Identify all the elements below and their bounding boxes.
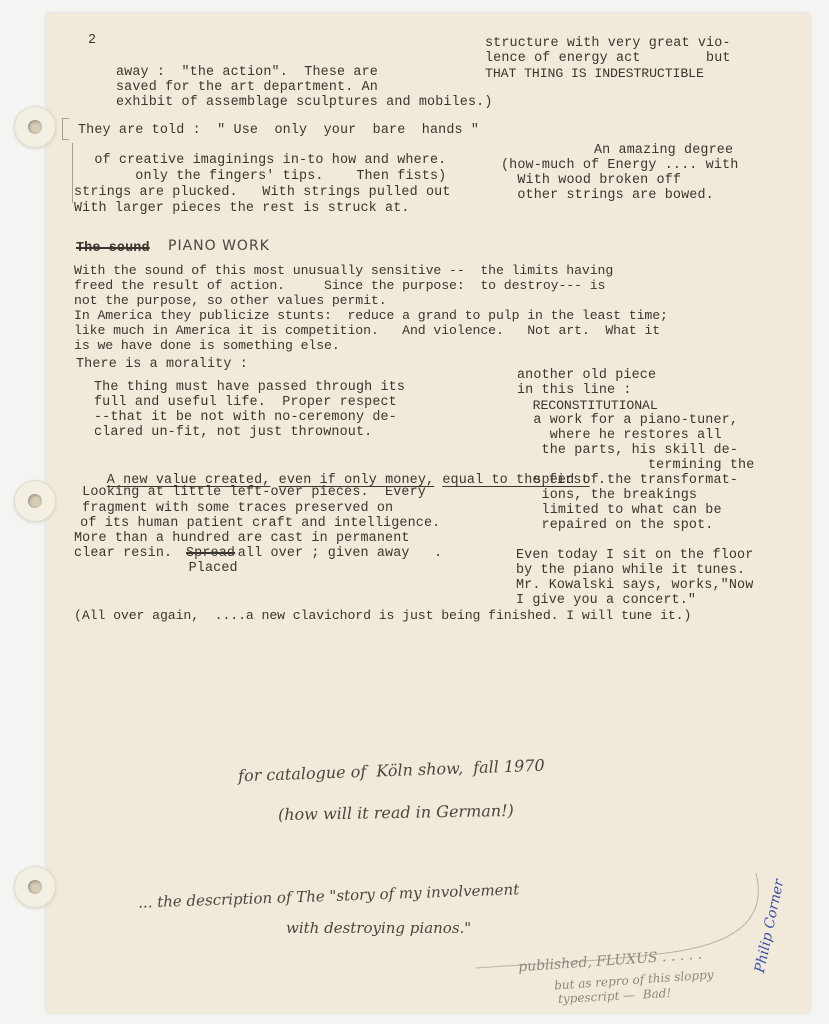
pencil-line <box>72 143 73 203</box>
handwritten-catalogue-note: for catalogue of Köln show, fall 1970 <box>238 756 545 786</box>
text-line: clared un-fit, not just thrownout. <box>94 425 372 440</box>
text-line: exhibit of assemblage sculptures and mob… <box>116 95 493 110</box>
text-line: strings are plucked. With strings pulled… <box>74 185 451 200</box>
handwritten-description-note: with destroying pianos." <box>286 919 471 937</box>
text-line: clear resin. all over ; given away . <box>74 546 442 561</box>
struck-heading: The sound <box>76 241 150 256</box>
text-line: another old piece <box>517 368 656 383</box>
binder-ring-middle <box>14 480 56 522</box>
text-line: limited to what can be <box>517 503 722 518</box>
underlined-text: equal to the first <box>442 473 589 488</box>
text-line: the parts, his skill de- <box>517 443 738 458</box>
closing-line: (All over again, ....a new clavichord is… <box>74 608 691 623</box>
page-number: 2 <box>88 33 96 48</box>
text-line: THAT THING IS INDESTRUCTIBLE <box>485 66 704 81</box>
text-line: Mr. Kowalski says, works,"Now <box>516 578 753 593</box>
typescript-page: 2 away : "the action". These are saved f… <box>46 13 810 1013</box>
text-line: An amazing degree <box>594 143 733 158</box>
handwritten-description-note: ... the description of The "story of my … <box>138 880 520 911</box>
text-line: The thing must have passed through its <box>94 380 405 395</box>
pencil-bracket <box>62 118 69 140</box>
text-line: In America they publicize stunts: reduce… <box>74 308 668 323</box>
text-line: Looking at little left-over pieces. Ever… <box>74 485 426 500</box>
text-line: of its human patient craft and intellige… <box>72 516 440 531</box>
text-line: is we have done is something else. <box>74 338 340 353</box>
handwritten-heading: PIANO WORK <box>168 238 270 254</box>
text-line: by the piano while it tunes. <box>516 563 745 578</box>
text-line: With larger pieces the rest is struck at… <box>74 201 410 216</box>
ring-hole <box>28 880 42 894</box>
ring-hole <box>28 120 42 134</box>
period: . <box>590 473 606 488</box>
text-line: not the purpose, so other values permit. <box>74 293 387 308</box>
text-line: full and useful life. Proper respect <box>94 395 397 410</box>
text-line: structure with very great vio- <box>485 36 731 51</box>
struck-word: Spread <box>186 546 235 561</box>
text-line: Placed <box>74 561 238 576</box>
text-line: More than a hundred are cast in permanen… <box>74 531 410 546</box>
text-line: With wood broken off <box>501 173 681 188</box>
binder-ring-top <box>14 106 56 148</box>
text-line: fragment with some traces preserved on <box>74 501 393 516</box>
text-line: like much in America it is competition. … <box>74 323 660 338</box>
text-line: of creative imaginings in-to how and whe… <box>78 153 446 168</box>
text-line: I give you a concert." <box>516 593 696 608</box>
text-line: RECONSTITUTIONAL <box>517 398 658 413</box>
text-line: freed the result of action. Since the pu… <box>74 278 605 293</box>
text-line: only the fingers' tips. Then fists) <box>78 169 446 184</box>
text-line: They are told : " Use only your bare han… <box>78 123 479 138</box>
ring-hole <box>28 494 42 508</box>
text-line: With the sound of this most unusually se… <box>74 263 613 278</box>
text-line: away : "the action". These are <box>116 65 378 80</box>
text-line: repaired on the spot. <box>517 518 713 533</box>
text-line: a work for a piano-tuner, <box>517 413 738 428</box>
text-line: other strings are bowed. <box>501 188 714 203</box>
text-line: Even today I sit on the floor <box>516 548 753 563</box>
text-line: lence of energy act but <box>485 51 731 66</box>
text-line: --that it be not with no-ceremony de- <box>94 410 397 425</box>
text-line: where he restores all <box>517 428 722 443</box>
handwritten-german-note: (how will it read in German!) <box>278 801 514 824</box>
text-line: (how-much of Energy .... with <box>501 158 738 173</box>
text-line: There is a morality : <box>76 357 248 372</box>
binder-ring-bottom <box>14 866 56 908</box>
text-line: in this line : <box>517 383 632 398</box>
text-line: saved for the art department. An <box>116 80 378 95</box>
